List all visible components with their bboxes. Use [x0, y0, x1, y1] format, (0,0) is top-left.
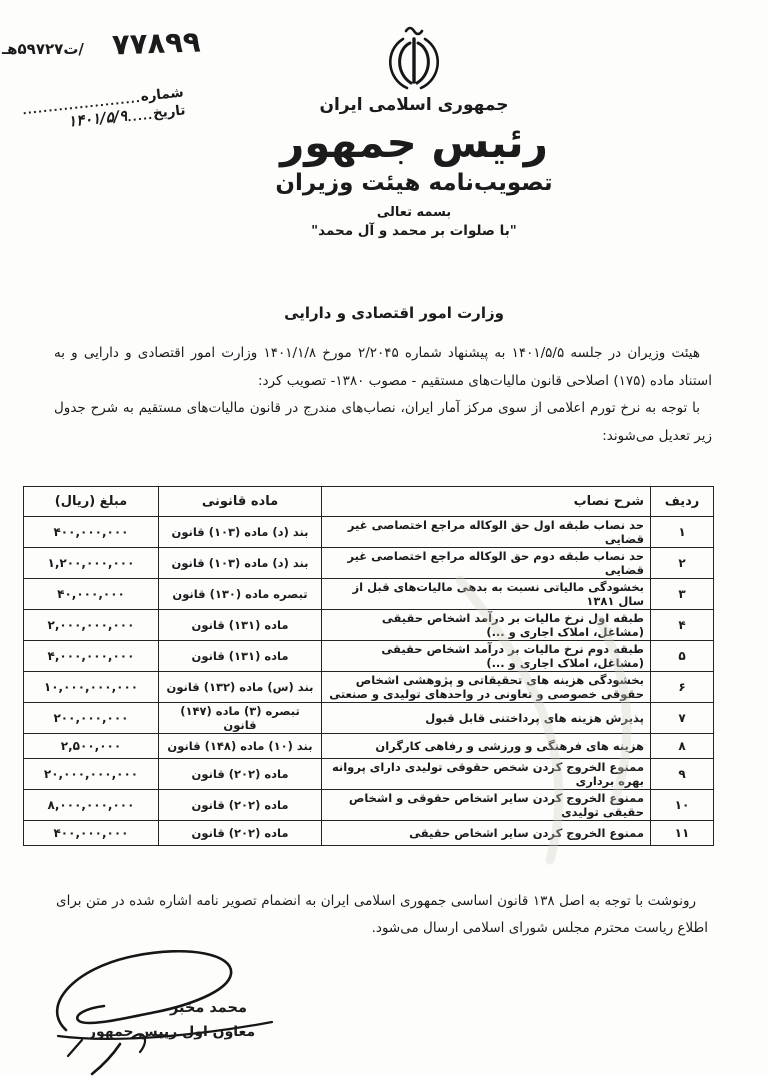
table-row: ۵ طبقه دوم نرخ مالیات بر درآمد اشخاص حقی… [24, 641, 714, 672]
table-row: ۹ ممنوع الخروج کردن شخص حقوقی تولیدی دار… [24, 759, 714, 790]
article-cell: بند (د) ماده (۱۰۳) قانون [159, 548, 322, 579]
description-cell: پذیرش هزینه های پرداختنی قابل قبول [322, 703, 651, 734]
description-cell: بخشودگی مالیاتی نسبت به بدهی مالیات‌های … [322, 579, 651, 610]
article-cell: بند (د) ماده (۱۰۳) قانون [159, 517, 322, 548]
description-cell: ممنوع الخروج کردن سایر اشخاص حقیقی [322, 821, 651, 846]
number-date-block: شماره ....................... تاریخ ....… [0, 84, 186, 137]
signature-block: محمد مخبر معاون اول رییس جمهور [30, 948, 320, 1076]
table-header-row: ردیف شرح نصاب ماده قانونی مبلغ (ریال) [24, 487, 714, 517]
signature-mark [36, 944, 292, 1076]
row-index-cell: ۱۱ [651, 821, 714, 846]
signer-name: محمد مخبر [170, 1000, 247, 1016]
row-index-cell: ۴ [651, 610, 714, 641]
description-cell: هزینه های فرهنگی و ورزشی و رفاهی کارگران [322, 734, 651, 759]
table-row: ۷ پذیرش هزینه های پرداختنی قابل قبول تبص… [24, 703, 714, 734]
amount-cell: ۴۰,۰۰۰,۰۰۰ [24, 579, 159, 610]
date-label: تاریخ [152, 102, 186, 121]
amount-cell: ۴۰۰,۰۰۰,۰۰۰ [24, 821, 159, 846]
reference-block: ۷۷۸۹۹ /ت۵۹۷۲۷هـ شماره ..................… [0, 22, 290, 172]
description-cell: بخشودگی هزینه های تحقیقاتی و پژوهشی اشخا… [322, 672, 651, 703]
amount-cell: ۲,۵۰۰,۰۰۰ [24, 734, 159, 759]
bismillah-line: بسمه تعالی [252, 205, 576, 220]
article-cell: ماده (۲۰۲) قانون [159, 759, 322, 790]
letterhead: جمهوری اسلامی ایران رئیس جمهور تصویب‌نام… [252, 24, 576, 239]
iran-emblem-icon [385, 24, 443, 92]
header-article: ماده قانونی [159, 487, 322, 517]
copy-note: رونوشت با توجه به اصل ۱۳۸ قانون اساسی جم… [56, 888, 708, 942]
article-cell: تبصره ماده (۱۳۰) قانون [159, 579, 322, 610]
row-index-cell: ۱۰ [651, 790, 714, 821]
row-index-cell: ۶ [651, 672, 714, 703]
decree-body-text: هیئت وزیران در جلسه ۱۴۰۱/۵/۵ به پیشنهاد … [54, 340, 712, 451]
table-row: ۸ هزینه های فرهنگی و ورزشی و رفاهی کارگر… [24, 734, 714, 759]
description-cell: ممنوع الخروج کردن سایر اشخاص حقوقی و اشخ… [322, 790, 651, 821]
nisab-table: ردیف شرح نصاب ماده قانونی مبلغ (ریال) ۱ … [23, 486, 714, 846]
addressee-ministry: وزارت امور اقتصادی و دارایی [224, 304, 564, 322]
amount-cell: ۸,۰۰۰,۰۰۰,۰۰۰ [24, 790, 159, 821]
row-index-cell: ۸ [651, 734, 714, 759]
amount-cell: ۱,۲۰۰,۰۰۰,۰۰۰ [24, 548, 159, 579]
date-dotted-line: ..... [127, 109, 154, 125]
row-index-cell: ۷ [651, 703, 714, 734]
description-cell: طبقه اول نرخ مالیات بر درآمد اشخاص حقیقی… [322, 610, 651, 641]
row-index-cell: ۹ [651, 759, 714, 790]
article-cell: ماده (۱۳۱) قانون [159, 610, 322, 641]
handwritten-ref-number: ۷۷۸۹۹ [111, 24, 201, 61]
row-index-cell: ۳ [651, 579, 714, 610]
table-row: ۱ حد نصاب طبقه اول حق الوکاله مراجع اختص… [24, 517, 714, 548]
table-row: ۳ بخشودگی مالیاتی نسبت به بدهی مالیات‌ها… [24, 579, 714, 610]
article-cell: ماده (۱۳۱) قانون [159, 641, 322, 672]
amount-cell: ۲,۰۰۰,۰۰۰,۰۰۰ [24, 610, 159, 641]
row-index-cell: ۵ [651, 641, 714, 672]
decree-paragraph-2: با توجه به نرخ تورم اعلامی از سوی مرکز آ… [54, 395, 712, 450]
decree-document-page: ۷۷۸۹۹ /ت۵۹۷۲۷هـ شماره ..................… [0, 0, 768, 1076]
article-cell: ماده (۲۰۲) قانون [159, 821, 322, 846]
article-cell: تبصره (۳) ماده (۱۴۷) قانون [159, 703, 322, 734]
ref-number-suffix: /ت۵۹۷۲۷هـ [2, 40, 84, 58]
article-cell: بند (س) ماده (۱۳۲) قانون [159, 672, 322, 703]
table-row: ۱۰ ممنوع الخروج کردن سایر اشخاص حقوقی و … [24, 790, 714, 821]
amount-cell: ۲۰۰,۰۰۰,۰۰۰ [24, 703, 159, 734]
header-amount: مبلغ (ریال) [24, 487, 159, 517]
amount-cell: ۴۰۰,۰۰۰,۰۰۰ [24, 517, 159, 548]
salawat-line: "با صلوات بر محمد و آل محمد" [252, 223, 576, 239]
amount-cell: ۴,۰۰۰,۰۰۰,۰۰۰ [24, 641, 159, 672]
table-row: ۱۱ ممنوع الخروج کردن سایر اشخاص حقیقی ما… [24, 821, 714, 846]
amount-cell: ۲۰,۰۰۰,۰۰۰,۰۰۰ [24, 759, 159, 790]
description-cell: ممنوع الخروج کردن شخص حقوقی تولیدی دارای… [322, 759, 651, 790]
president-title: رئیس جمهور [252, 117, 576, 170]
decree-paragraph-1: هیئت وزیران در جلسه ۱۴۰۱/۵/۵ به پیشنهاد … [54, 340, 712, 395]
row-index-cell: ۱ [651, 517, 714, 548]
table-row: ۴ طبقه اول نرخ مالیات بر درآمد اشخاص حقی… [24, 610, 714, 641]
article-cell: بند (۱۰) ماده (۱۴۸) قانون [159, 734, 322, 759]
header-row-index: ردیف [651, 487, 714, 517]
table-row: ۲ حد نصاب طبقه دوم حق الوکاله مراجع اختص… [24, 548, 714, 579]
article-cell: ماده (۲۰۲) قانون [159, 790, 322, 821]
description-cell: حد نصاب طبقه دوم حق الوکاله مراجع اختصاص… [322, 548, 651, 579]
signer-title: معاون اول رییس جمهور [88, 1024, 255, 1040]
amount-cell: ۱۰,۰۰۰,۰۰۰,۰۰۰ [24, 672, 159, 703]
description-cell: طبقه دوم نرخ مالیات بر درآمد اشخاص حقیقی… [322, 641, 651, 672]
table-row: ۶ بخشودگی هزینه های تحقیقاتی و پژوهشی اش… [24, 672, 714, 703]
decree-title: تصویب‌نامه هیئت وزیران [252, 170, 576, 196]
header-description: شرح نصاب [322, 487, 651, 517]
description-cell: حد نصاب طبقه اول حق الوکاله مراجع اختصاص… [322, 517, 651, 548]
row-index-cell: ۲ [651, 548, 714, 579]
republic-caption: جمهوری اسلامی ایران [252, 95, 576, 115]
copy-note-text: رونوشت با توجه به اصل ۱۳۸ قانون اساسی جم… [56, 888, 708, 942]
